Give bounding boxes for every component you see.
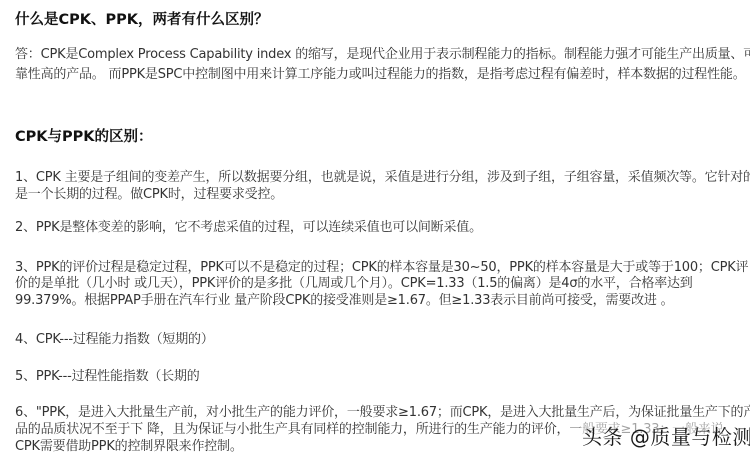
item-3-line-1: 3、PPK的评价过程是稳定过程，PPK可以不是稳定的过程；CPK的样本容量是30…	[15, 260, 748, 276]
item-2-line-1: 2、PPK是整体变差的影响，它不考虑采值的过程，可以连续采值也可以间断采值。	[15, 220, 482, 236]
item-6-line-1: 6、"PPK，是进入大批量生产前，对小批生产的能力评价，一般要求≥1.67；而C…	[15, 405, 750, 421]
item-4-line-1: 4、CPK---过程能力指数（短期的）	[15, 332, 214, 348]
section-heading: CPK与PPK的区别：	[15, 125, 153, 146]
answer-line-1: 答：CPK是Complex Process Capability index 的…	[15, 47, 750, 63]
source-watermark: 头条 @质量与检测	[580, 421, 750, 450]
item-6-line-3: CPK需要借助PPK的控制界限来作控制。	[15, 439, 243, 455]
item-1-line-2: 是一个长期的过程。做CPK时，过程要求受控。	[15, 187, 283, 203]
item-3-line-3: 99.379%。根据PPAP手册在汽车行业 量产阶段CPK的接受准则是≥1.67…	[15, 293, 673, 309]
item-3-line-2: 价的是单批（几小时 或几天），PPK评价的是多批（几周或几个月）。CPK=1.3…	[15, 276, 693, 292]
answer-line-2: 靠性高的产品。 而PPK是SPC中控制图中用来计算工序能力或叫过程能力的指数，是…	[15, 67, 746, 83]
page-title: 什么是CPK、PPK，两者有什么区别？	[15, 8, 269, 29]
item-1-line-1: 1、CPK 主要是子组间的变差产生，所以数据要分组，也就是说，采值是进行分组，涉…	[15, 170, 750, 186]
item-5-line-1: 5、PPK---过程性能指数（长期的	[15, 369, 200, 385]
document-page: 什么是CPK、PPK，两者有什么区别？ 答：CPK是Complex Proces…	[0, 0, 750, 464]
